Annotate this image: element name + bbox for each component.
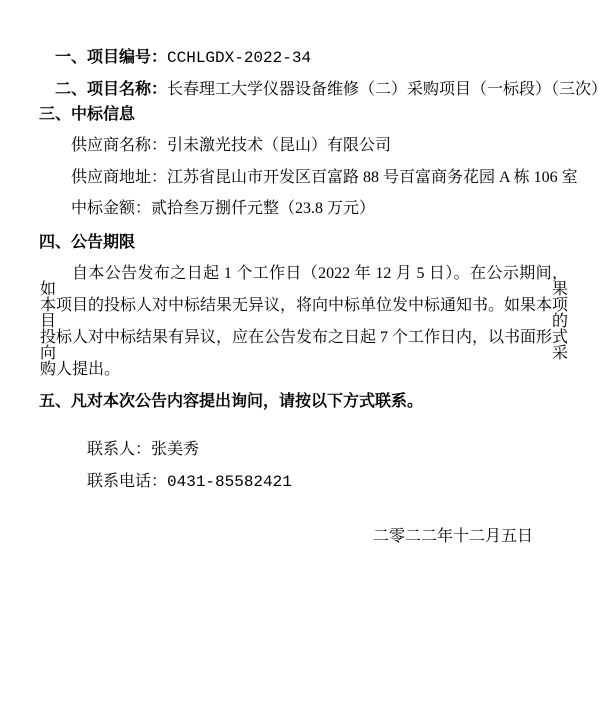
- contact-person-value: 张美秀: [151, 441, 199, 458]
- project-name-label: 二、项目名称：: [55, 81, 167, 98]
- project-number-value: CCHLGDX-2022-34: [167, 49, 311, 67]
- supplier-address-line: 供应商地址：江苏省昆山市开发区百富路 88 号百富商务花园 A 栋 106 室: [71, 170, 578, 186]
- announcement-period-paragraph-line-1: 自本公告发布之日起 1 个工作日（2022 年 12 月 5 日）。在公示期间，…: [40, 266, 568, 298]
- announcement-period-heading: 四、公告期限: [39, 235, 135, 251]
- supplier-name-line: 供应商名称：引未激光技术（昆山）有限公司: [71, 138, 391, 154]
- date-line: 二零二二年十二月五日: [373, 529, 533, 545]
- project-number-label: 一、项目编号：: [55, 49, 167, 66]
- contact-phone-value: 0431-85582421: [167, 473, 292, 491]
- announcement-period-paragraph-line-3: 投标人对中标结果有异议，应在公告发布之日起 7 个工作日内，以书面形式向采: [40, 330, 568, 362]
- announcement-period-paragraph-line-4: 购人提出。: [40, 362, 568, 378]
- award-info-heading: 三、中标信息: [39, 107, 135, 123]
- contact-phone-label: 联系电话：: [87, 473, 167, 490]
- award-amount-line: 中标金额：贰拾叁万捌仟元整（23.8 万元）: [71, 201, 375, 217]
- award-announcement-document: 一、项目编号：CCHLGDX-2022-34 二、项目名称：长春理工大学仪器设备…: [0, 0, 608, 715]
- contact-person-label: 联系人：: [87, 441, 151, 458]
- contact-heading: 五、凡对本次公告内容提出询问，请按以下方式联系。: [39, 394, 423, 410]
- contact-phone-line: 联系电话：0431-85582421: [71, 458, 292, 506]
- project-name-value: 长春理工大学仪器设备维修（二）采购项目（一标段）（三次）: [167, 81, 607, 98]
- announcement-period-paragraph-line-2: 本项目的投标人对中标结果无异议，将向中标单位发中标通知书。如果本项目的: [40, 298, 568, 330]
